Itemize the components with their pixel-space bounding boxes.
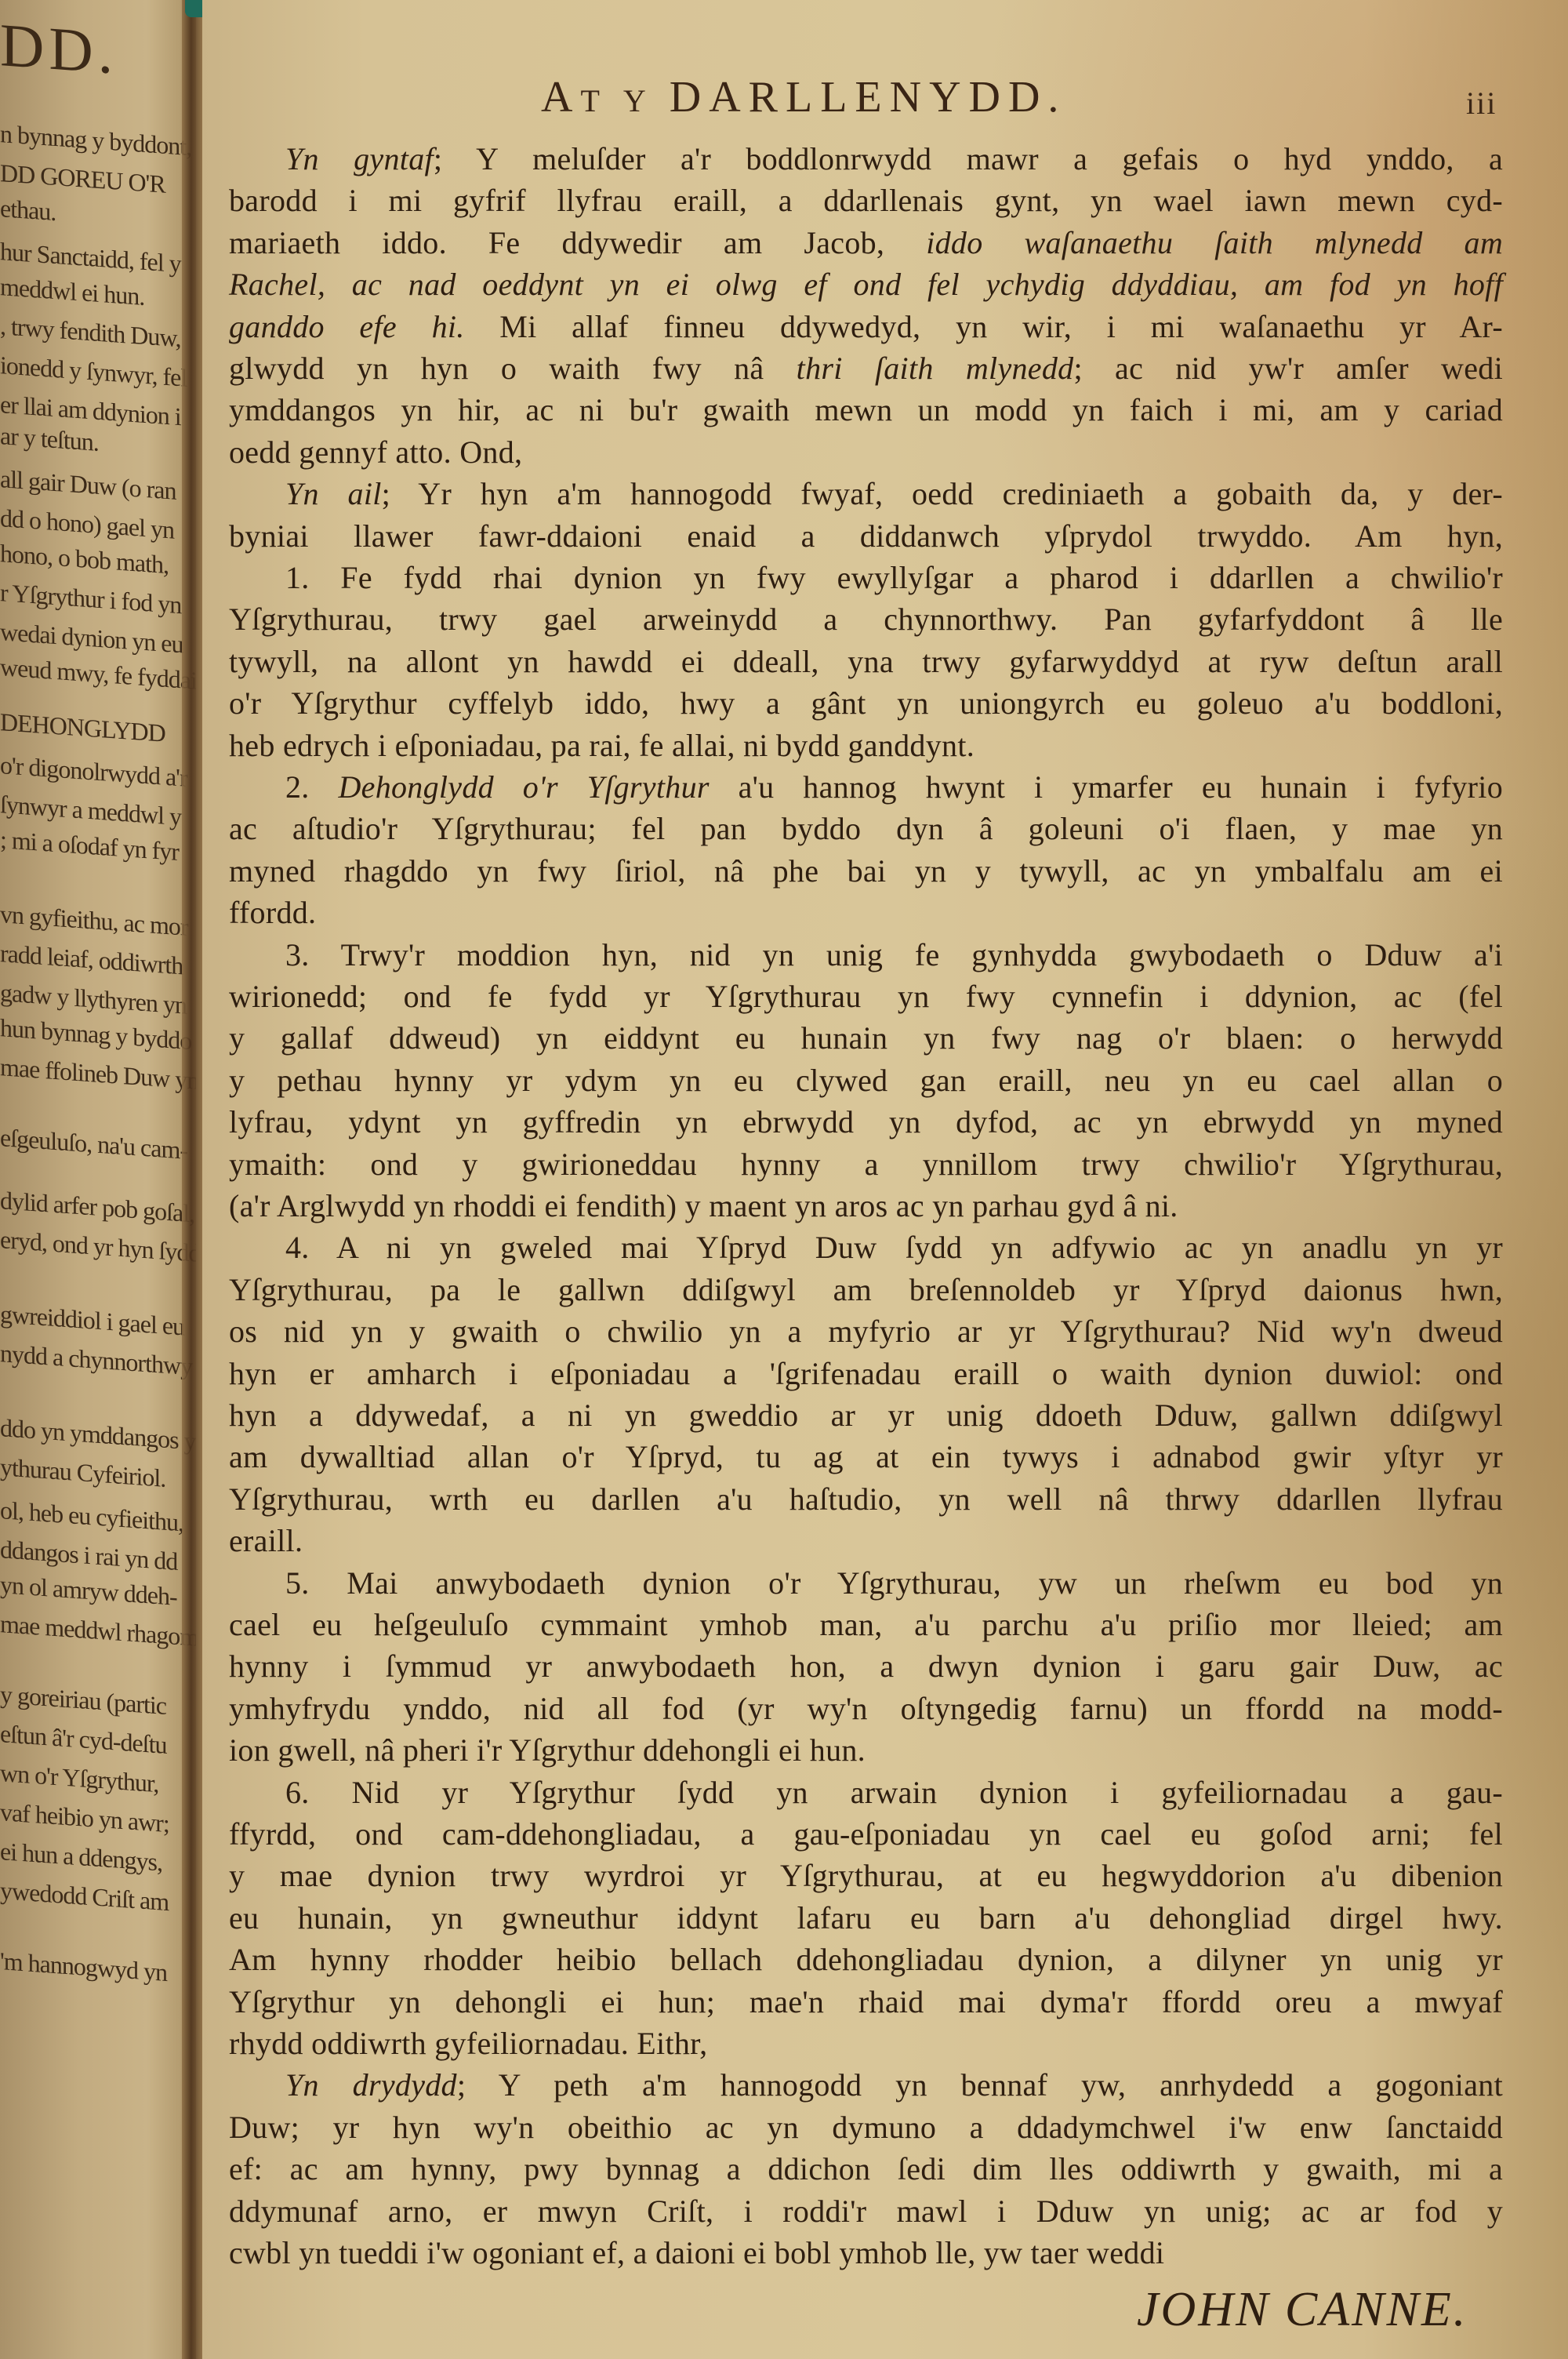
text-run: Am hynny rhodder heibio bellach ddehongl… [229, 1942, 1503, 1977]
left-page-line: ythurau Cyfeiriol. [0, 1452, 165, 1493]
header-word1-rest: T [580, 83, 604, 118]
header-word3: DARLLENYDD. [670, 73, 1067, 122]
text-run: ; Yr hyn a'm hannogodd fwyaf, oedd credi… [382, 476, 1503, 511]
left-page-header-fragment: DD. [0, 9, 118, 89]
text-run: Duw; yr hyn wy'n obeithio ac yn dymuno a… [229, 2110, 1503, 2145]
left-page-line: ddangos i rai yn dd [0, 1535, 177, 1576]
text-line: o'r Yſgrythur cyffelyb iddo, hwy a gânt … [229, 682, 1503, 725]
text-run: 1. Fe fydd rhai dynion yn fwy ewyllyſgar… [285, 560, 1503, 595]
text-run: ion gwell, nâ pheri i'r Yſgrythur ddehon… [229, 1732, 866, 1768]
text-run: ymhyfrydu ynddo, nid all fod (yr wy'n oſ… [229, 1691, 1503, 1726]
text-line: glwydd yn hyn o waith fwy nâ thri ſaith … [229, 347, 1503, 390]
left-page-line: ethau. [0, 194, 56, 227]
text-line: hyn er amharch i eſponiadau a 'ſgrifenad… [229, 1353, 1503, 1395]
text-run: 5. Mai anwybodaeth dynion o'r Yſgrythura… [285, 1565, 1503, 1601]
italic-text: thri ſaith mlynedd [797, 351, 1074, 386]
text-run: heb edrych i eſponiadau, pa rai, fe alla… [229, 728, 975, 763]
text-line: (a'r Arglwydd yn rhoddi ei fendith) y ma… [229, 1185, 1503, 1227]
left-page-line: radd leiaf, oddiwrth [0, 939, 183, 980]
paragraph-first-line: 1. Fe fydd rhai dynion yn fwy ewyllyſgar… [229, 557, 1503, 599]
text-run: ymddangos yn hir, ac ni bu'r gwaith mewn… [229, 392, 1503, 427]
header-word2: Y [623, 83, 651, 118]
text-line: ddymunaf arno, er mwyn Criſt, i roddi'r … [229, 2190, 1503, 2233]
text-line: ef: ac am hynny, pwy bynnag a ddichon ſe… [229, 2148, 1503, 2190]
text-line: os nid yn y gwaith o chwilio yn a myfyri… [229, 1310, 1503, 1353]
text-line: oedd gennyf atto. Ond, [229, 431, 1503, 474]
text-line: Yſgrythurau, wrth eu darllen a'u haſtudi… [229, 1478, 1503, 1521]
text-run: byniai llawer fawr-ddaioni enaid a didda… [229, 518, 1503, 554]
left-page-line: dylid arfer pob goſal, [0, 1186, 194, 1228]
text-run: 3. Trwy'r moddion hyn, nid yn unig fe gy… [285, 937, 1503, 972]
author-signature: JOHN CANNE. [1137, 2282, 1468, 2338]
left-page-line: ei hun a ddengys, [0, 1837, 162, 1877]
text-run: 4. A ni yn gweled mai Yſpryd Duw ſydd yn… [285, 1230, 1503, 1265]
paragraph-first-line: 5. Mai anwybodaeth dynion o'r Yſgrythura… [229, 1562, 1503, 1605]
left-page-line: gwreiddiol i gael eu [0, 1299, 184, 1341]
text-line: myned rhagddo yn fwy ſiriol, nâ phe bai … [229, 850, 1503, 892]
text-run: am dywalltiad allan o'r Yſpryd, tu ag at… [229, 1439, 1503, 1474]
text-run: barodd i mi gyfrif llyfrau eraill, a dda… [229, 183, 1503, 218]
paragraph-first-line: Yn ail; Yr hyn a'm hannogodd fwyaf, oedd… [229, 473, 1503, 515]
left-page-line: 'm hannogwyd yn [0, 1946, 167, 1987]
italic-text: Yn drydydd [285, 2067, 457, 2103]
text-line: tywyll, na allont yn hawdd ei ddeall, yn… [229, 641, 1503, 683]
text-run: o'r Yſgrythur cyffelyb iddo, hwy a gânt … [229, 685, 1503, 721]
italic-text: Dehonglydd o'r Yſgrythur [338, 769, 709, 805]
left-page-line: yn ol amryw ddeh- [0, 1570, 177, 1612]
left-page-text: DD. n bynnag y byddont,DD GOREU O'Rethau… [0, 0, 196, 16]
running-header: AT Y DARLLENYDD. [541, 72, 1168, 119]
left-page-line: ar y teſtun. [0, 421, 99, 457]
left-page-line: meddwl ei hun. [0, 272, 144, 311]
left-page-line: wn o'r Yſgrythur, [0, 1758, 158, 1798]
text-line: cael eu heſgeuluſo cymmaint ymhob man, a… [229, 1604, 1503, 1646]
left-page-line: y goreiriau (partic [0, 1680, 166, 1721]
text-line: Yſgrythurau, trwy gael arweinydd a chynn… [229, 598, 1503, 641]
text-run: y gallaf ddweud) yn eiddynt eu hunain yn… [229, 1020, 1503, 1056]
text-line: Duw; yr hyn wy'n obeithio ac yn dymuno a… [229, 2106, 1503, 2149]
text-run: oedd gennyf atto. Ond, [229, 434, 522, 470]
text-run: 2. [285, 769, 338, 805]
left-page-line: all gair Duw (o ran [0, 464, 176, 506]
text-line: ymhyfrydu ynddo, nid all fod (yr wy'n oſ… [229, 1688, 1503, 1730]
text-run: myned rhagddo yn fwy ſiriol, nâ phe bai … [229, 853, 1503, 889]
paragraph-first-line: 3. Trwy'r moddion hyn, nid yn unig fe gy… [229, 934, 1503, 976]
text-run: ddymunaf arno, er mwyn Criſt, i roddi'r … [229, 2194, 1503, 2229]
text-run: Yſgrythurau, pa le gallwn ddiſgwyl am br… [229, 1272, 1503, 1307]
text-line: wirionedd; ond fe fydd yr Yſgrythurau yn… [229, 976, 1503, 1018]
text-line: ion gwell, nâ pheri i'r Yſgrythur ddehon… [229, 1729, 1503, 1772]
text-line: Am hynny rhodder heibio bellach ddehongl… [229, 1939, 1503, 1981]
text-line: y pethau hynny yr ydym yn eu clywed gan … [229, 1060, 1503, 1102]
left-page-line: gadw y llythyren yn [0, 978, 187, 1020]
text-line: barodd i mi gyfrif llyfrau eraill, a dda… [229, 180, 1503, 222]
text-line: cwbl yn tueddi i'w ogoniant ef, a daioni… [229, 2232, 1503, 2274]
italic-text: ganddo efe hi. [229, 309, 465, 344]
page-number: iii [1466, 85, 1497, 122]
text-line: Rachel, ac nad oeddynt yn ei olwg ef ond… [229, 264, 1503, 306]
text-run: hyn er amharch i eſponiadau a 'ſgrifenad… [229, 1356, 1503, 1391]
paragraph-first-line: 6. Nid yr Yſgrythur ſydd yn arwain dynio… [229, 1772, 1503, 1814]
left-page-line: DD GOREU O'R [0, 158, 165, 199]
book-gutter [182, 0, 202, 2359]
text-run: ymaith: ond y gwirioneddau hynny a ynnil… [229, 1147, 1503, 1182]
text-line: Yſgrythur yn dehongli ei hun; mae'n rhai… [229, 1981, 1503, 2023]
text-run: lyfrau, ydynt yn gyffredin yn ebrwydd yn… [229, 1104, 1503, 1140]
italic-text: Yn gyntaf [285, 141, 434, 176]
paragraph-first-line: 2. Dehonglydd o'r Yſgrythur a'u hannog h… [229, 766, 1503, 809]
text-line: ffordd. [229, 892, 1503, 934]
paragraph-first-line: Yn drydydd; Y peth a'm hannogodd yn benn… [229, 2064, 1503, 2106]
left-page-line: nydd a chynnorthwy [0, 1339, 192, 1381]
italic-text: iddo waſanaethu ſaith mlynedd am [926, 225, 1503, 260]
text-run: hynny i ſymmud yr anwybodaeth hon, a dwy… [229, 1648, 1503, 1684]
text-line: mariaeth iddo. Fe ddywedir am Jacob, idd… [229, 222, 1503, 264]
text-run: (a'r Arglwydd yn rhoddi ei fendith) y ma… [229, 1188, 1178, 1223]
text-line: ymddangos yn hir, ac ni bu'r gwaith mewn… [229, 389, 1503, 431]
left-page-line: ionedd y ſynwyr, fel [0, 351, 187, 393]
left-page-line: mae ffolineb Duw yn [0, 1052, 196, 1096]
left-page-line: hun bynnag y byddo [0, 1013, 191, 1056]
text-line: lyfrau, ydynt yn gyffredin yn ebrwydd yn… [229, 1101, 1503, 1143]
text-run: y mae dynion trwy wyrdroi yr Yſgrythurau… [229, 1858, 1503, 1893]
left-page-line: wedai dynion yn eu [0, 617, 183, 659]
text-run: tywyll, na allont yn hawdd ei ddeall, yn… [229, 644, 1503, 679]
header-word1-initial: A [541, 73, 580, 122]
paragraph-first-line: 4. A ni yn gweled mai Yſpryd Duw ſydd yn… [229, 1227, 1503, 1269]
text-run: wirionedd; ond fe fydd yr Yſgrythurau yn… [229, 979, 1503, 1014]
text-run: a'u hannog hwynt i ymarfer eu hunain i f… [710, 769, 1503, 805]
left-page-line: DEHONGLYDD [0, 707, 165, 748]
text-line: y mae dynion trwy wyrdroi yr Yſgrythurau… [229, 1855, 1503, 1897]
text-line: ac aſtudio'r Yſgrythurau; fel pan byddo … [229, 808, 1503, 850]
left-page-line: ddo yn ymddangos yn [0, 1413, 196, 1456]
left-page-line: dd o hono) gael yn [0, 503, 174, 545]
text-run: eu hunain, yn gwneuthur iddynt lafaru eu… [229, 1900, 1503, 1936]
left-page-line: n bynnag y byddont, [0, 119, 191, 162]
text-line: am dywalltiad allan o'r Yſpryd, tu ag at… [229, 1436, 1503, 1478]
left-page-line: eſtun â'r cyd-deſtu [0, 1719, 166, 1760]
text-line: ymaith: ond y gwirioneddau hynny a ynnil… [229, 1143, 1503, 1186]
text-run: Yſgrythurau, wrth eu darllen a'u haſtudi… [229, 1481, 1503, 1517]
text-run: os nid yn y gwaith o chwilio yn a myfyri… [229, 1314, 1503, 1349]
italic-text: Yn ail [285, 476, 382, 511]
text-line: heb edrych i eſponiadau, pa rai, fe alla… [229, 725, 1503, 767]
text-run: ; Y meluſder a'r boddlonrwydd mawr a gef… [434, 141, 1503, 176]
text-run: 6. Nid yr Yſgrythur ſydd yn arwain dynio… [285, 1775, 1503, 1810]
text-run: Yſgrythurau, trwy gael arweinydd a chynn… [229, 602, 1503, 637]
text-run: glwydd yn hyn o waith fwy nâ [229, 351, 797, 386]
left-page-line: o'r digonolrwydd a'r [0, 751, 187, 793]
left-page-line: vn gyfieithu, ac mor [0, 900, 187, 942]
left-page-line: hur Sanctaidd, fel y [0, 237, 181, 278]
left-page-line: weud mwy, fe fyddai [0, 652, 196, 696]
text-line: ganddo efe hi. Mi allaf finneu ddywedyd,… [229, 306, 1503, 348]
left-page-line: eryd, ond yr hyn ſydd [0, 1225, 196, 1268]
left-page: DD. n bynnag y byddont,DD GOREU O'Rethau… [0, 0, 196, 2359]
text-run: y pethau hynny yr ydym yn eu clywed gan … [229, 1063, 1503, 1098]
text-run: cwbl yn tueddi i'w ogoniant ef, a daioni… [229, 2235, 1164, 2270]
left-page-line: hono, o bob math, [0, 539, 169, 580]
text-line: byniai llawer fawr-ddaioni enaid a didda… [229, 515, 1503, 558]
left-page-line: , trwy fendith Duw, [0, 311, 180, 353]
text-run: ; ac nid yw'r amſer wedi [1073, 351, 1503, 386]
left-page-line: ywedodd Criſt am [0, 1876, 169, 1917]
text-line: y gallaf ddweud) yn eiddynt eu hunain yn… [229, 1017, 1503, 1060]
text-run: ffordd. [229, 895, 316, 930]
left-page-line: ol, heb eu cyfieithu, [0, 1496, 183, 1537]
left-page-line: mae meddwl rhagom [0, 1609, 196, 1652]
text-line: Yſgrythurau, pa le gallwn ddiſgwyl am br… [229, 1269, 1503, 1311]
left-page-line: r Yſgrythur i fod yn [0, 578, 181, 620]
text-run: hyn a ddywedaf, a ni yn gweddio ar yr un… [229, 1398, 1503, 1433]
text-run: cael eu heſgeuluſo cymmaint ymhob man, a… [229, 1607, 1503, 1642]
left-page-line: ; mi a oſodaf yn fyr [0, 825, 179, 867]
text-run: mariaeth iddo. Fe ddywedir am Jacob, [229, 225, 926, 260]
left-page-line: ſynwyr a meddwl y [0, 790, 181, 831]
left-page-line: eſgeuluſo, na'u cam- [0, 1123, 187, 1165]
text-run: ef: ac am hynny, pwy bynnag a ddichon ſe… [229, 2151, 1503, 2186]
text-line: hyn a ddywedaf, a ni yn gweddio ar yr un… [229, 1394, 1503, 1437]
text-run: ; Y peth a'm hannogodd yn bennaf yw, anr… [457, 2067, 1503, 2103]
book-spread: DD. n bynnag y byddont,DD GOREU O'Rethau… [0, 0, 1568, 2359]
text-line: rhydd oddiwrth gyfeiliornadau. Eithr, [229, 2023, 1503, 2065]
left-page-line: vaf heibio yn awr; [0, 1797, 169, 1838]
text-run: Mi allaf finneu ddywedyd, yn wir, i mi w… [465, 309, 1503, 344]
text-run: ac aſtudio'r Yſgrythurau; fel pan byddo … [229, 811, 1503, 846]
text-run: Yſgrythur yn dehongli ei hun; mae'n rhai… [229, 1984, 1503, 2019]
text-line: eu hunain, yn gwneuthur iddynt lafaru eu… [229, 1897, 1503, 1939]
text-line: ffyrdd, ond cam-ddehongliadau, a gau-eſp… [229, 1813, 1503, 1856]
text-line: eraill. [229, 1520, 1503, 1562]
text-line: hynny i ſymmud yr anwybodaeth hon, a dwy… [229, 1645, 1503, 1688]
text-run: ffyrdd, ond cam-ddehongliadau, a gau-eſp… [229, 1816, 1503, 1852]
italic-text: Rachel, ac nad oeddynt yn ei olwg ef ond… [229, 267, 1503, 302]
text-run: rhydd oddiwrth gyfeiliornadau. Eithr, [229, 2026, 707, 2061]
paragraph-first-line: Yn gyntaf; Y meluſder a'r boddlonrwydd m… [229, 138, 1503, 180]
text-run: eraill. [229, 1523, 303, 1558]
